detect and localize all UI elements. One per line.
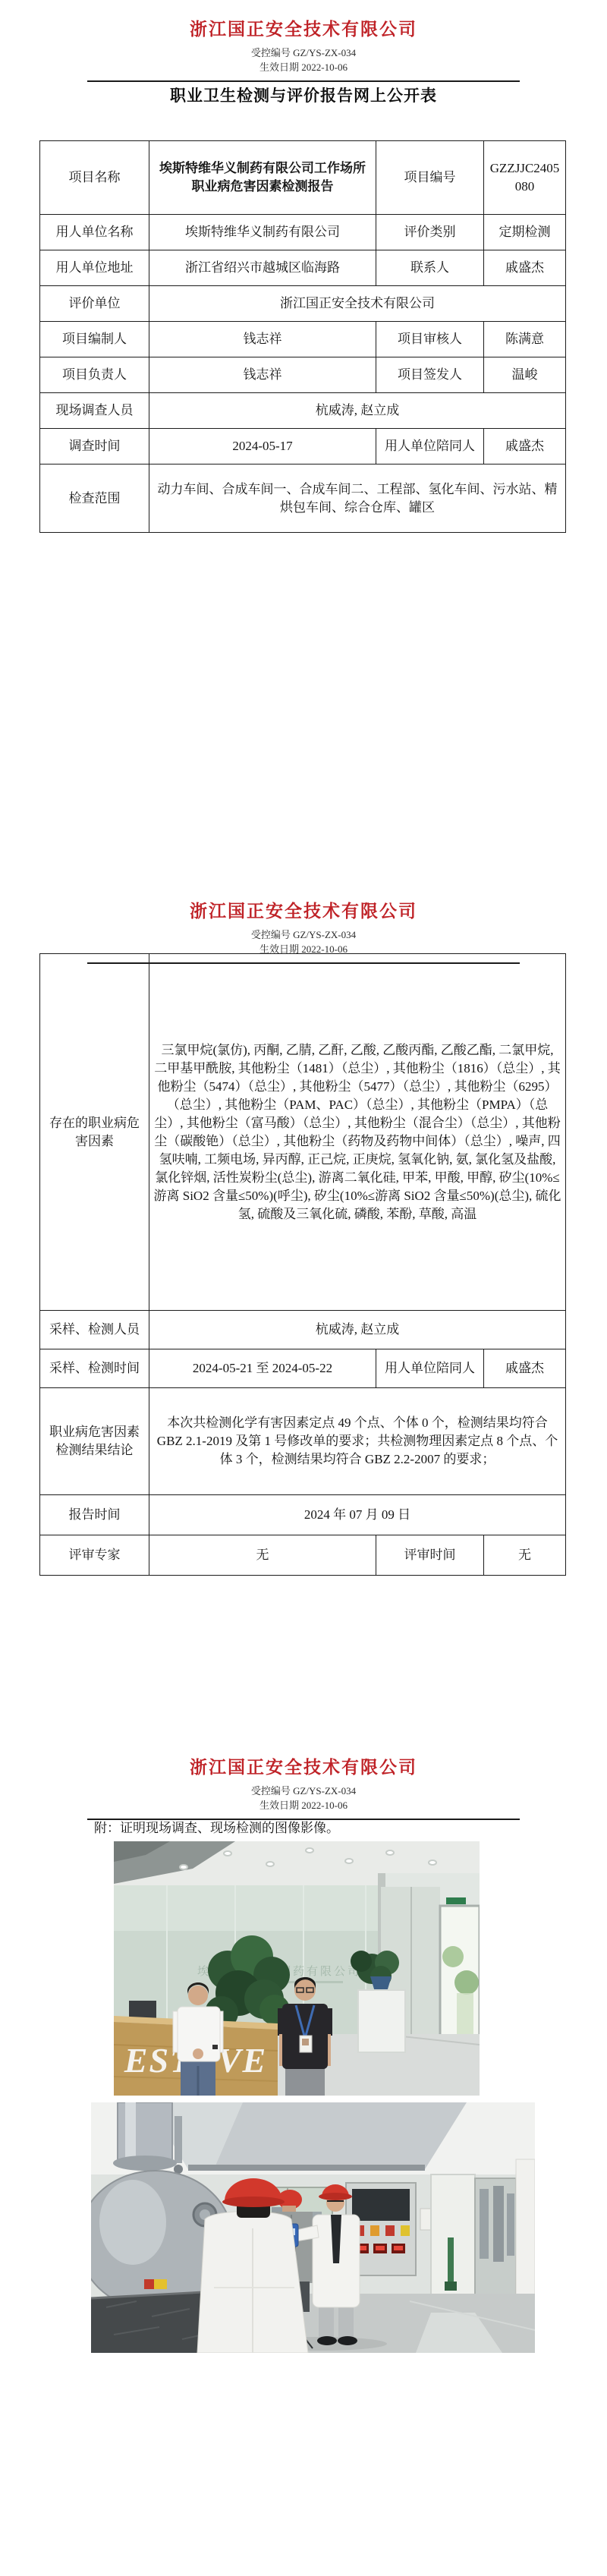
table-row: 报告时间 2024 年 07 月 09 日 bbox=[40, 1495, 566, 1535]
attachment-note: 附：证明现场调查、现场检测的图像影像。 bbox=[94, 1817, 339, 1836]
company-name: 浙江国正安全技术有限公司 bbox=[0, 18, 607, 41]
reviewer-label: 项目审核人 bbox=[376, 322, 484, 357]
eval-org-label: 评价单位 bbox=[40, 286, 149, 322]
report-date-label: 报告时间 bbox=[40, 1495, 149, 1535]
employer-addr-value: 浙江省绍兴市越城区临海路 bbox=[149, 250, 376, 286]
sampling-date-value: 2024-05-21 至 2024-05-22 bbox=[149, 1349, 376, 1388]
control-number: 受控编号 GZ/YS-ZX-034 bbox=[0, 929, 607, 941]
table-row: 用人单位地址 浙江省绍兴市越城区临海路 联系人 戚盛杰 bbox=[40, 250, 566, 286]
expert-value: 无 bbox=[149, 1535, 376, 1576]
effective-date: 生效日期 2022-10-06 bbox=[0, 1800, 607, 1812]
eval-type-value: 定期检测 bbox=[484, 215, 566, 250]
header-rule bbox=[87, 80, 520, 82]
accompany-label: 用人单位陪同人 bbox=[376, 429, 484, 464]
sampling-date-label: 采样、检测时间 bbox=[40, 1349, 149, 1388]
table-row: 项目编制人 钱志祥 项目审核人 陈满意 bbox=[40, 322, 566, 357]
review-time-label: 评审时间 bbox=[376, 1535, 484, 1576]
detection-result-table: 存在的职业病危害因素 三氯甲烷(氯仿), 丙酮, 乙腈, 乙酐, 乙酸, 乙酸丙… bbox=[39, 953, 566, 1576]
review-time-value: 无 bbox=[484, 1535, 566, 1576]
table-row: 用人单位名称 埃斯特维华义制药有限公司 评价类别 定期检测 bbox=[40, 215, 566, 250]
table-row: 存在的职业病危害因素 三氯甲烷(氯仿), 丙酮, 乙腈, 乙酐, 乙酸, 乙酸丙… bbox=[40, 954, 566, 1311]
reviewer-value: 陈满意 bbox=[484, 322, 566, 357]
report-date-value: 2024 年 07 月 09 日 bbox=[149, 1495, 566, 1535]
table-row: 调查时间 2024-05-17 用人单位陪同人 戚盛杰 bbox=[40, 429, 566, 464]
scope-label: 检查范围 bbox=[40, 464, 149, 533]
eval-org-value: 浙江国正安全技术有限公司 bbox=[149, 286, 566, 322]
leader-value: 钱志祥 bbox=[149, 357, 376, 393]
issuer-value: 温峻 bbox=[484, 357, 566, 393]
sampling-staff-value: 杭威涛, 赵立成 bbox=[149, 1311, 566, 1349]
project-info-table: 项目名称 埃斯特维华义制药有限公司工作场所职业病危害因素检测报告 项目编号 GZ… bbox=[39, 140, 566, 533]
survey-date-value: 2024-05-17 bbox=[149, 429, 376, 464]
accompany-value: 戚盛杰 bbox=[484, 429, 566, 464]
table-row: 现场调查人员 杭威涛, 赵立成 bbox=[40, 393, 566, 429]
project-no-label: 项目编号 bbox=[376, 141, 484, 215]
survey-staff-value: 杭威涛, 赵立成 bbox=[149, 393, 566, 429]
employer-name-value: 埃斯特维华义制药有限公司 bbox=[149, 215, 376, 250]
compiler-value: 钱志祥 bbox=[149, 322, 376, 357]
exit-sign bbox=[446, 1897, 466, 1904]
effective-date: 生效日期 2022-10-06 bbox=[0, 61, 607, 74]
doc-header-3: 浙江国正安全技术有限公司 受控编号 GZ/YS-ZX-034 生效日期 2022… bbox=[0, 1756, 607, 1820]
scope-value: 动力车间、合成车间一、合成车间二、工程部、氢化车间、污水站、精烘包车间、综合仓库… bbox=[149, 464, 566, 533]
table-row: 检查范围 动力车间、合成车间一、合成车间二、工程部、氢化车间、污水站、精烘包车间… bbox=[40, 464, 566, 533]
hazards-label: 存在的职业病危害因素 bbox=[40, 954, 149, 1311]
contact-value: 戚盛杰 bbox=[484, 250, 566, 286]
site-photo-workshop bbox=[91, 2102, 535, 2353]
doc-header-1: 浙江国正安全技术有限公司 受控编号 GZ/YS-ZX-034 生效日期 2022… bbox=[0, 18, 607, 82]
accompany-label: 用人单位陪同人 bbox=[376, 1349, 484, 1388]
accompany-value: 戚盛杰 bbox=[484, 1349, 566, 1388]
report-page: 浙江国正安全技术有限公司 受控编号 GZ/YS-ZX-034 生效日期 2022… bbox=[0, 0, 607, 2576]
workshop-doorway bbox=[431, 2174, 475, 2313]
expert-label: 评审专家 bbox=[40, 1535, 149, 1576]
project-name-label: 项目名称 bbox=[40, 141, 149, 215]
hazards-value: 三氯甲烷(氯仿), 丙酮, 乙腈, 乙酐, 乙酸, 乙酸丙酯, 乙酸乙酯, 二氯… bbox=[149, 954, 566, 1311]
conclusion-label: 职业病危害因素检测结果结论 bbox=[40, 1388, 149, 1495]
employer-addr-label: 用人单位地址 bbox=[40, 250, 149, 286]
adjacent-equipment-room bbox=[475, 2178, 516, 2300]
compiler-label: 项目编制人 bbox=[40, 322, 149, 357]
table-row: 项目名称 埃斯特维华义制药有限公司工作场所职业病危害因素检测报告 项目编号 GZ… bbox=[40, 141, 566, 215]
company-name: 浙江国正安全技术有限公司 bbox=[0, 1756, 607, 1779]
table-row: 评审专家 无 评审时间 无 bbox=[40, 1535, 566, 1576]
control-number: 受控编号 GZ/YS-ZX-034 bbox=[0, 1785, 607, 1797]
table-row: 采样、检测时间 2024-05-21 至 2024-05-22 用人单位陪同人 … bbox=[40, 1349, 566, 1388]
control-number: 受控编号 GZ/YS-ZX-034 bbox=[0, 47, 607, 59]
company-name: 浙江国正安全技术有限公司 bbox=[0, 900, 607, 923]
site-photo-lobby: 埃斯特维华义制药有限公司 bbox=[114, 1841, 480, 2096]
issuer-label: 项目签发人 bbox=[376, 357, 484, 393]
employer-name-label: 用人单位名称 bbox=[40, 215, 149, 250]
table-row: 采样、检测人员 杭威涛, 赵立成 bbox=[40, 1311, 566, 1349]
sampling-staff-label: 采样、检测人员 bbox=[40, 1311, 149, 1349]
table-row: 职业病危害因素检测结果结论 本次共检测化学有害因素定点 49 个点、个体 0 个… bbox=[40, 1388, 566, 1495]
contact-label: 联系人 bbox=[376, 250, 484, 286]
conclusion-value: 本次共检测化学有害因素定点 49 个点、个体 0 个，检测结果均符合 GBZ 2… bbox=[149, 1388, 566, 1495]
table-row: 评价单位 浙江国正安全技术有限公司 bbox=[40, 286, 566, 322]
leader-label: 项目负责人 bbox=[40, 357, 149, 393]
table-row: 项目负责人 钱志祥 项目签发人 温峻 bbox=[40, 357, 566, 393]
project-name-value: 埃斯特维华义制药有限公司工作场所职业病危害因素检测报告 bbox=[149, 141, 376, 215]
pedestal-plant bbox=[351, 1951, 405, 2052]
eval-type-label: 评价类别 bbox=[376, 215, 484, 250]
page-title: 职业卫生检测与评价报告网上公开表 bbox=[0, 83, 607, 106]
project-no-value: GZZJJC2405080 bbox=[484, 141, 566, 215]
survey-staff-label: 现场调查人员 bbox=[40, 393, 149, 429]
survey-date-label: 调查时间 bbox=[40, 429, 149, 464]
